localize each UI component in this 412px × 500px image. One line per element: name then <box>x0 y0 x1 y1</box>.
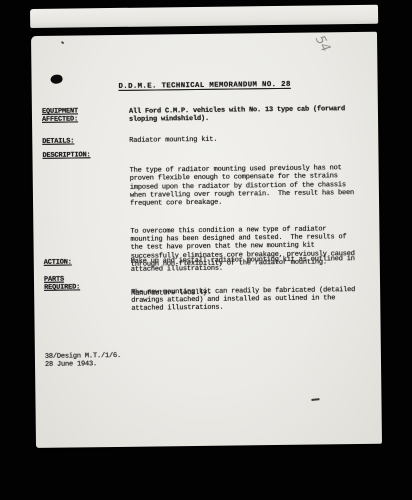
description-paragraph-1: The type of radiator mounting used previ… <box>130 164 372 209</box>
parts-required-label: PARTS REQUIRED: <box>44 275 128 293</box>
footer-date: 28 June 1943. <box>45 360 97 369</box>
equipment-affected-text: All Ford C.M.P. vehicles with No. 13 typ… <box>129 105 371 125</box>
action-label: ACTION: <box>44 258 128 267</box>
description-text: The type of radiator mounting used previ… <box>129 147 373 332</box>
document-title: D.D.M.E. TECHNICAL MEMORANDUM NO. 28 <box>32 80 378 92</box>
description-label: DESCRIPTION: <box>42 151 126 160</box>
paper-sheet: 54 D.D.M.E. TECHNICAL MEMORANDUM NO. 28 … <box>31 32 382 448</box>
memo-content: D.D.M.E. TECHNICAL MEMORANDUM NO. 28 EQU… <box>31 32 382 448</box>
action-text: Make up and install radiator mounting ki… <box>131 255 373 275</box>
equipment-affected-label: EQUIPMENT AFFECTED: <box>42 107 126 125</box>
details-label: DETAILS: <box>42 137 126 146</box>
details-text: Radiator mounting kit. <box>129 134 371 145</box>
